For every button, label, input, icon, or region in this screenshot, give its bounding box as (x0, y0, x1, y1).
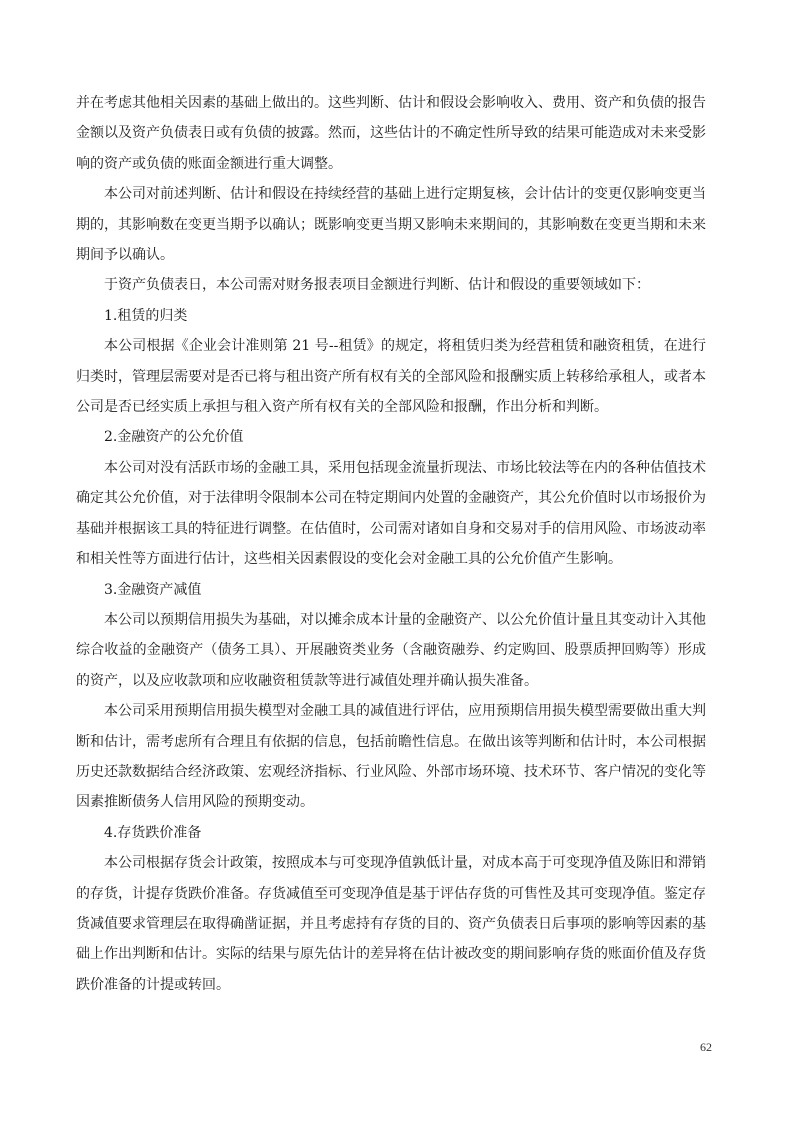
paragraph-continuation: 并在考虑其他相关因素的基础上做出的。这些判断、估计和假设会影响收入、费用、资产和… (76, 88, 706, 179)
section-heading-inventory-provision: 4.存货跌价准备 (76, 818, 706, 848)
section-heading-lease-classification: 1.租赁的归类 (76, 301, 706, 331)
paragraph-lease-classification: 本公司根据《企业会计准则第 21 号--租赁》的规定，将租赁归类为经营租赁和融资… (76, 331, 706, 422)
document-body: 并在考虑其他相关因素的基础上做出的。这些判断、估计和假设会影响收入、费用、资产和… (76, 88, 706, 1000)
paragraph-impairment-model: 本公司采用预期信用损失模型对金融工具的减值进行评估，应用预期信用损失模型需要做出… (76, 696, 706, 818)
section-heading-fair-value: 2.金融资产的公允价值 (76, 422, 706, 452)
page-number: 62 (700, 1040, 712, 1055)
paragraph-key-areas-intro: 于资产负债表日，本公司需对财务报表项目金额进行判断、估计和假设的重要领域如下： (76, 270, 706, 300)
paragraph-inventory-provision: 本公司根据存货会计政策，按照成本与可变现净值孰低计量，对成本高于可变现净值及陈旧… (76, 848, 706, 1000)
paragraph-impairment-basis: 本公司以预期信用损失为基础，对以摊余成本计量的金融资产、以公允价值计量且其变动计… (76, 605, 706, 696)
section-heading-impairment: 3.金融资产减值 (76, 575, 706, 605)
paragraph-fair-value: 本公司对没有活跃市场的金融工具，采用包括现金流量折现法、市场比较法等在内的各种估… (76, 453, 706, 575)
paragraph-estimate-review: 本公司对前述判断、估计和假设在持续经营的基础上进行定期复核，会计估计的变更仅影响… (76, 179, 706, 270)
